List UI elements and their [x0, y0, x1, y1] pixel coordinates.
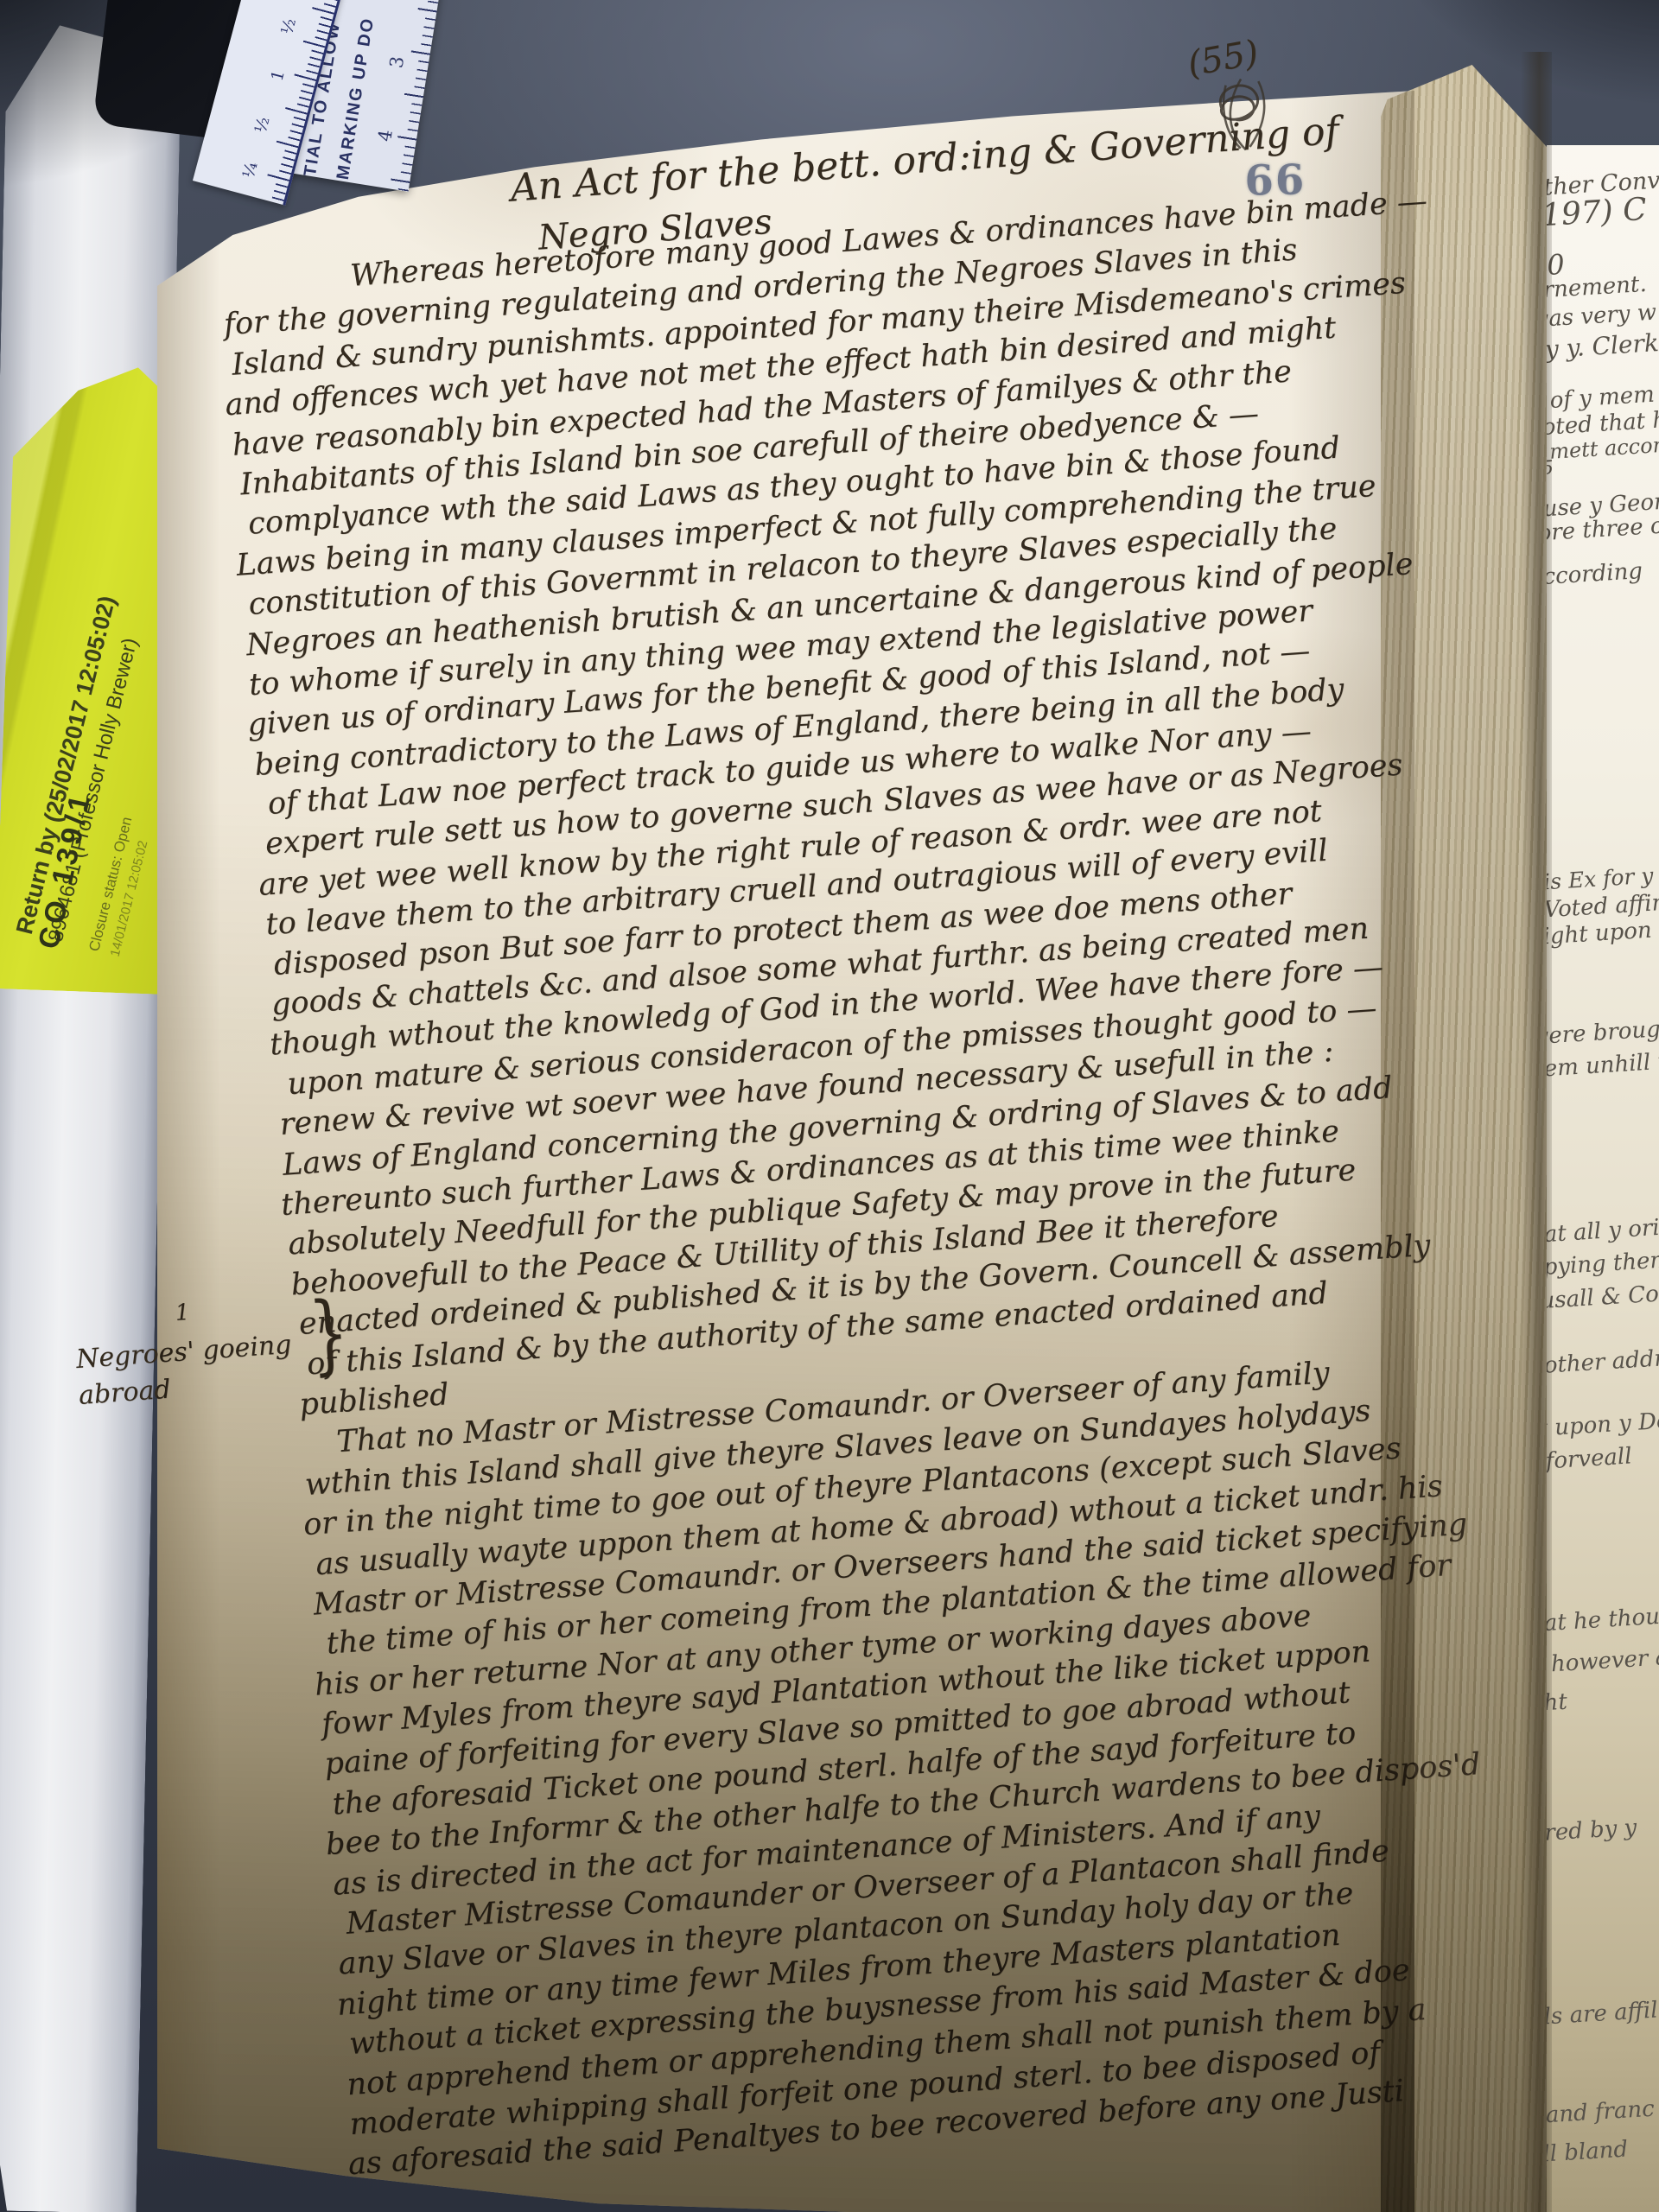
facing-page-text-fragment: nother addr	[1547, 1345, 1659, 1380]
facing-page-text-fragment: hat all y orig	[1547, 1214, 1659, 1249]
ruler-number: 3	[385, 54, 408, 69]
facing-page-text-fragment: were brought	[1547, 1015, 1659, 1051]
facing-page-text-fragment: according	[1547, 558, 1643, 591]
ruler-number: 4	[374, 128, 397, 143]
facing-page-text-fragment: by y. Clerke	[1547, 327, 1659, 365]
facing-page-text-fragment: ll however a	[1547, 1644, 1659, 1679]
facing-page-text-fragment: hat he thoug	[1547, 1603, 1659, 1637]
facing-page-text-fragment: tland franc	[1547, 2096, 1656, 2130]
ink-scribble-icon	[1192, 69, 1295, 161]
facing-page-text-fragment: tt upon y Dor	[1547, 1408, 1659, 1443]
facing-page-text-fragment: hem unhill th	[1547, 1048, 1659, 1084]
facing-page-text-fragment: ills are affil	[1547, 1997, 1658, 2031]
facing-page-text-fragment: ornement.	[1547, 271, 1648, 304]
facing-page-text-fragment: (197) C	[1547, 192, 1648, 234]
ruler-fraction-label: ¼	[238, 160, 261, 180]
facing-page-text-fragment: aight upon	[1547, 918, 1653, 951]
facing-page-text-fragment: fired by y	[1547, 1815, 1637, 1847]
facing-page-text-fragment: rusall & Comp	[1547, 1279, 1659, 1315]
ruler-fraction-label: ½	[277, 16, 300, 36]
book-page-edges-left	[0, 24, 181, 2212]
body-text: Whereas heretofore many good Lawes & ord…	[220, 188, 1514, 2188]
manuscript-text-layer: An Act for the bett. ord:ing & Governing…	[157, 3, 1560, 2208]
facing-page-text-fragment: was very w	[1547, 300, 1657, 334]
margin-note-mark: 1	[174, 1294, 190, 1332]
ruler-fraction-label: ½	[251, 115, 273, 135]
facing-page-edge: other Conv(197) C20ornement.was very wby…	[1547, 145, 1659, 2212]
archive-photo: { "colors": { "backdrop": "#3a4150", "ta…	[0, 0, 1659, 2212]
facing-page-text-fragment: his Ex for y	[1547, 863, 1654, 896]
facing-page-text-fragment: t forveall	[1547, 1443, 1632, 1475]
ruler-fraction-label: 1	[268, 68, 289, 83]
facing-page-text-fragment: opying them	[1547, 1247, 1659, 1281]
facing-page-text-fragment: ell bland	[1547, 2137, 1629, 2169]
act-title-line1: An Act for the bett. ord:ing & Governing…	[509, 112, 1287, 211]
